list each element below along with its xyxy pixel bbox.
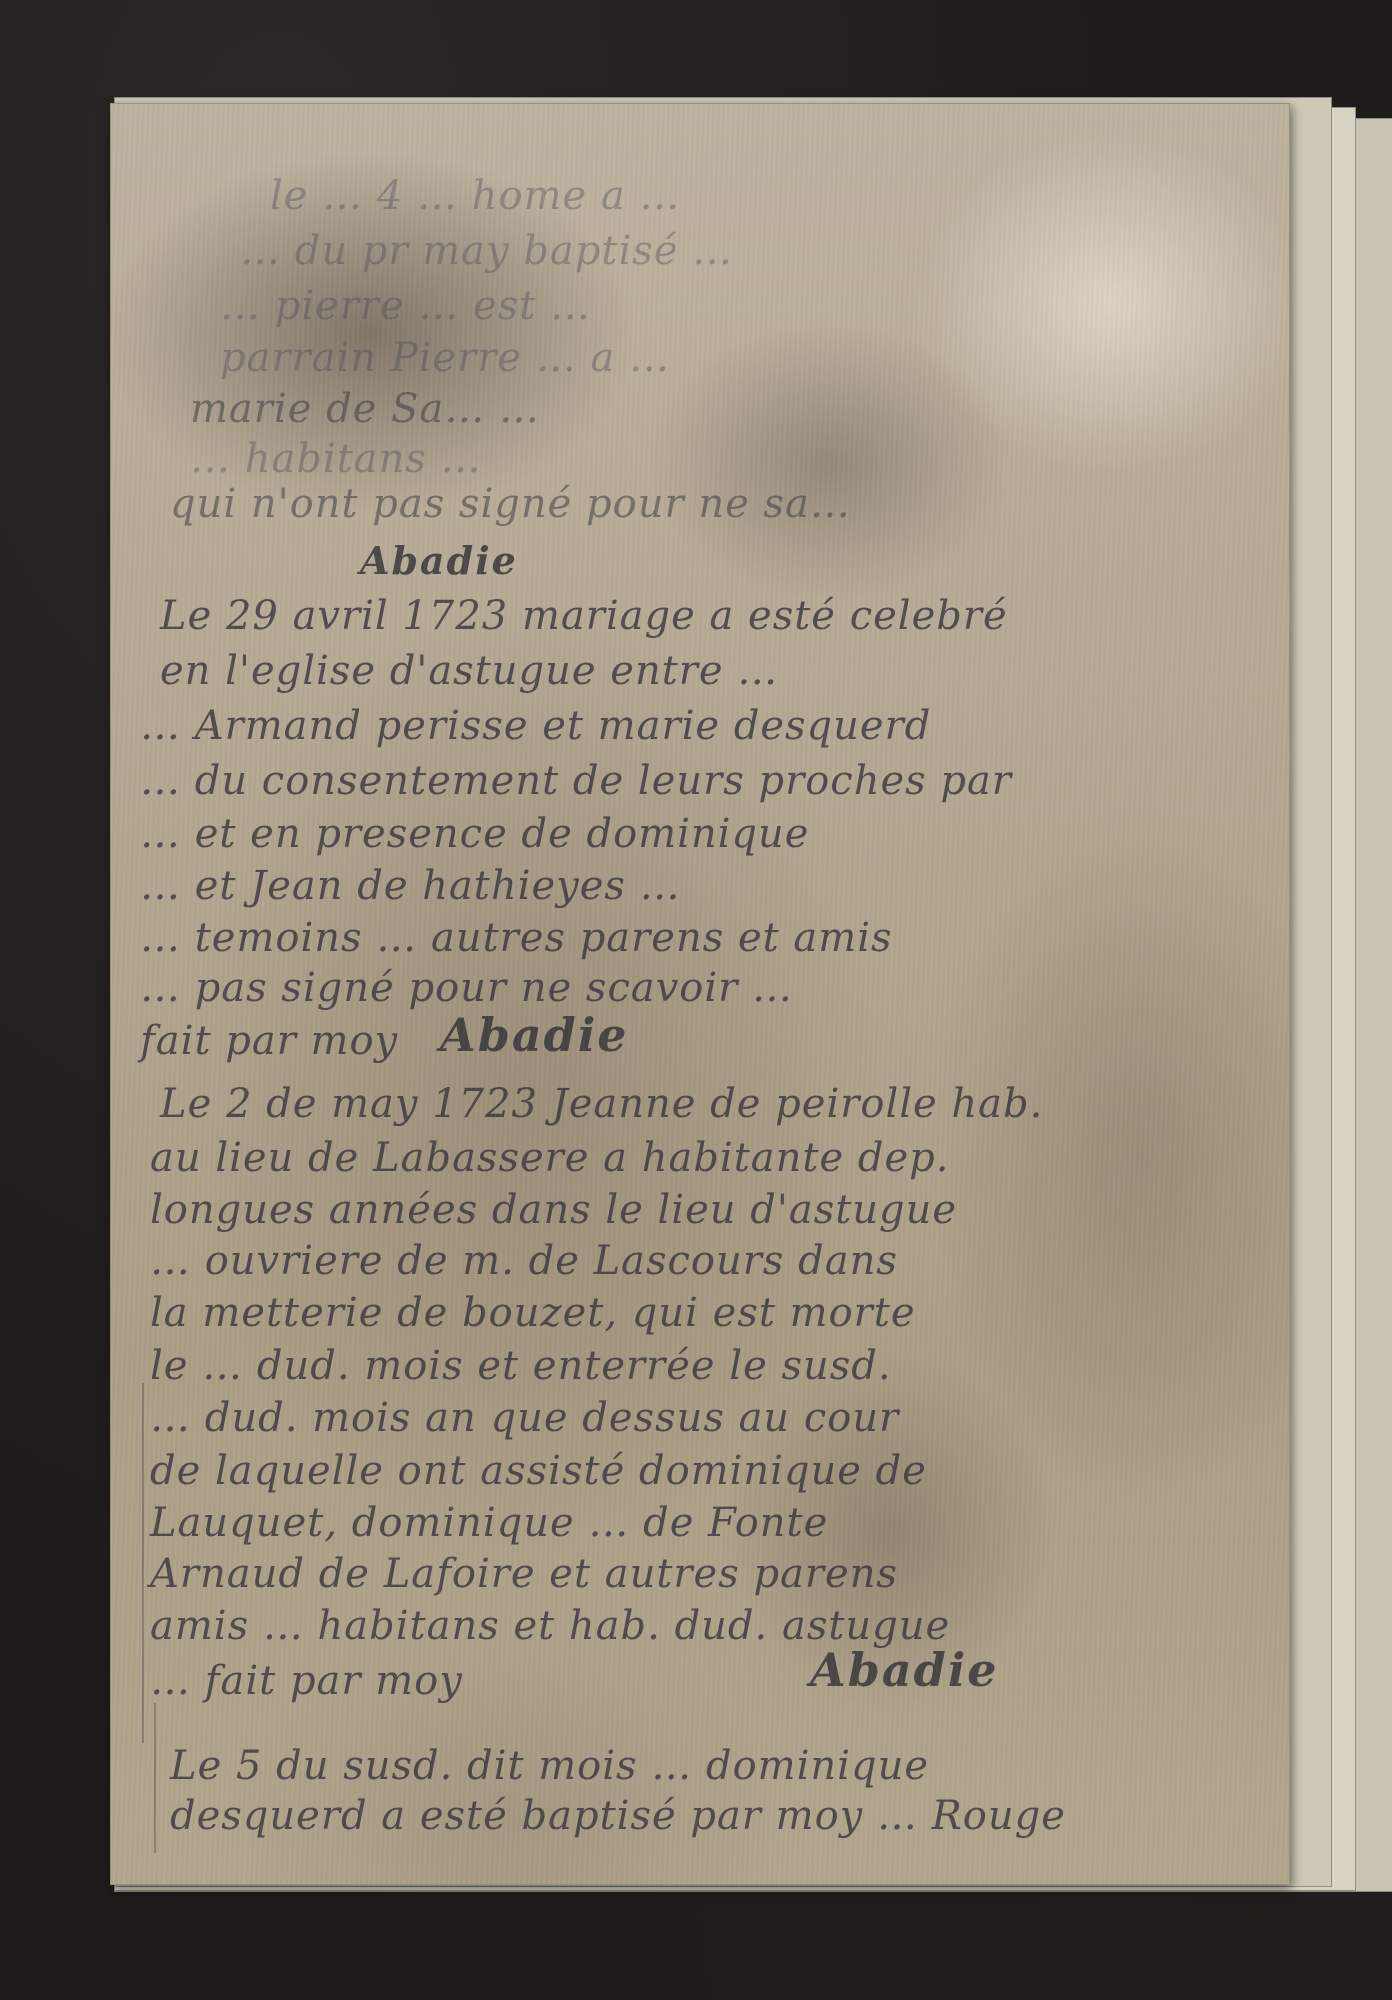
text-line: Arnaud de Lafoire et autres parens bbox=[150, 1551, 898, 1597]
text-line: en l'eglise d'astugue entre … bbox=[160, 648, 778, 694]
text-line: la metterie de bouzet, qui est morte bbox=[150, 1290, 916, 1336]
text-line: … habitans … bbox=[190, 436, 482, 482]
text-line: longues années dans le lieu d'astugue bbox=[150, 1187, 957, 1233]
text-line: le … 4 … home a … bbox=[270, 173, 681, 219]
text-line: desquerd a esté baptisé par moy … Rouge bbox=[170, 1793, 1066, 1839]
margin-mark bbox=[142, 1383, 144, 1743]
priest-signature: Abadie bbox=[360, 538, 518, 583]
manuscript-page: le … 4 … home a … … du pr may baptisé … … bbox=[110, 103, 1290, 1885]
text-line: … et Jean de hathieyes … bbox=[140, 863, 681, 909]
priest-signature: Abadie bbox=[810, 1643, 999, 1697]
text-line: … du pr may baptisé … bbox=[240, 228, 733, 274]
text-line: Le 2 de may 1723 Jeanne de peirolle hab. bbox=[160, 1081, 1043, 1127]
text-line: … temoins … autres parens et amis bbox=[140, 915, 893, 961]
text-line: … pierre … est … bbox=[220, 283, 591, 329]
text-line: parrain Pierre … a … bbox=[220, 335, 670, 381]
text-line: … et en presence de dominique bbox=[140, 811, 809, 857]
text-line: marie de Sa… … bbox=[190, 386, 540, 432]
text-line: qui n'ont pas signé pour ne sa… bbox=[170, 481, 851, 527]
text-line: … fait par moy bbox=[150, 1658, 463, 1704]
text-line: au lieu de Labassere a habitante dep. bbox=[150, 1135, 949, 1181]
text-line: Le 5 du susd. dit mois … dominique bbox=[170, 1743, 929, 1789]
margin-mark bbox=[154, 1703, 156, 1853]
text-line: … ouvriere de m. de Lascours dans bbox=[150, 1238, 898, 1284]
text-line: le … dud. mois et enterrée le susd. bbox=[150, 1343, 892, 1389]
text-line: Le 29 avril 1723 mariage a esté celebré bbox=[160, 593, 1008, 639]
text-line: … dud. mois an que dessus au cour bbox=[150, 1395, 899, 1441]
text-line: … du consentement de leurs proches par bbox=[140, 758, 1012, 804]
text-line: de laquelle ont assisté dominique de bbox=[150, 1448, 927, 1494]
text-line: … pas signé pour ne scavoir … bbox=[140, 965, 793, 1011]
text-line: … Armand perisse et marie desquerd bbox=[140, 703, 931, 749]
priest-signature: Abadie bbox=[440, 1008, 629, 1062]
text-line: Lauquet, dominique … de Fonte bbox=[150, 1500, 828, 1546]
text-line: fait par moy bbox=[140, 1018, 398, 1064]
